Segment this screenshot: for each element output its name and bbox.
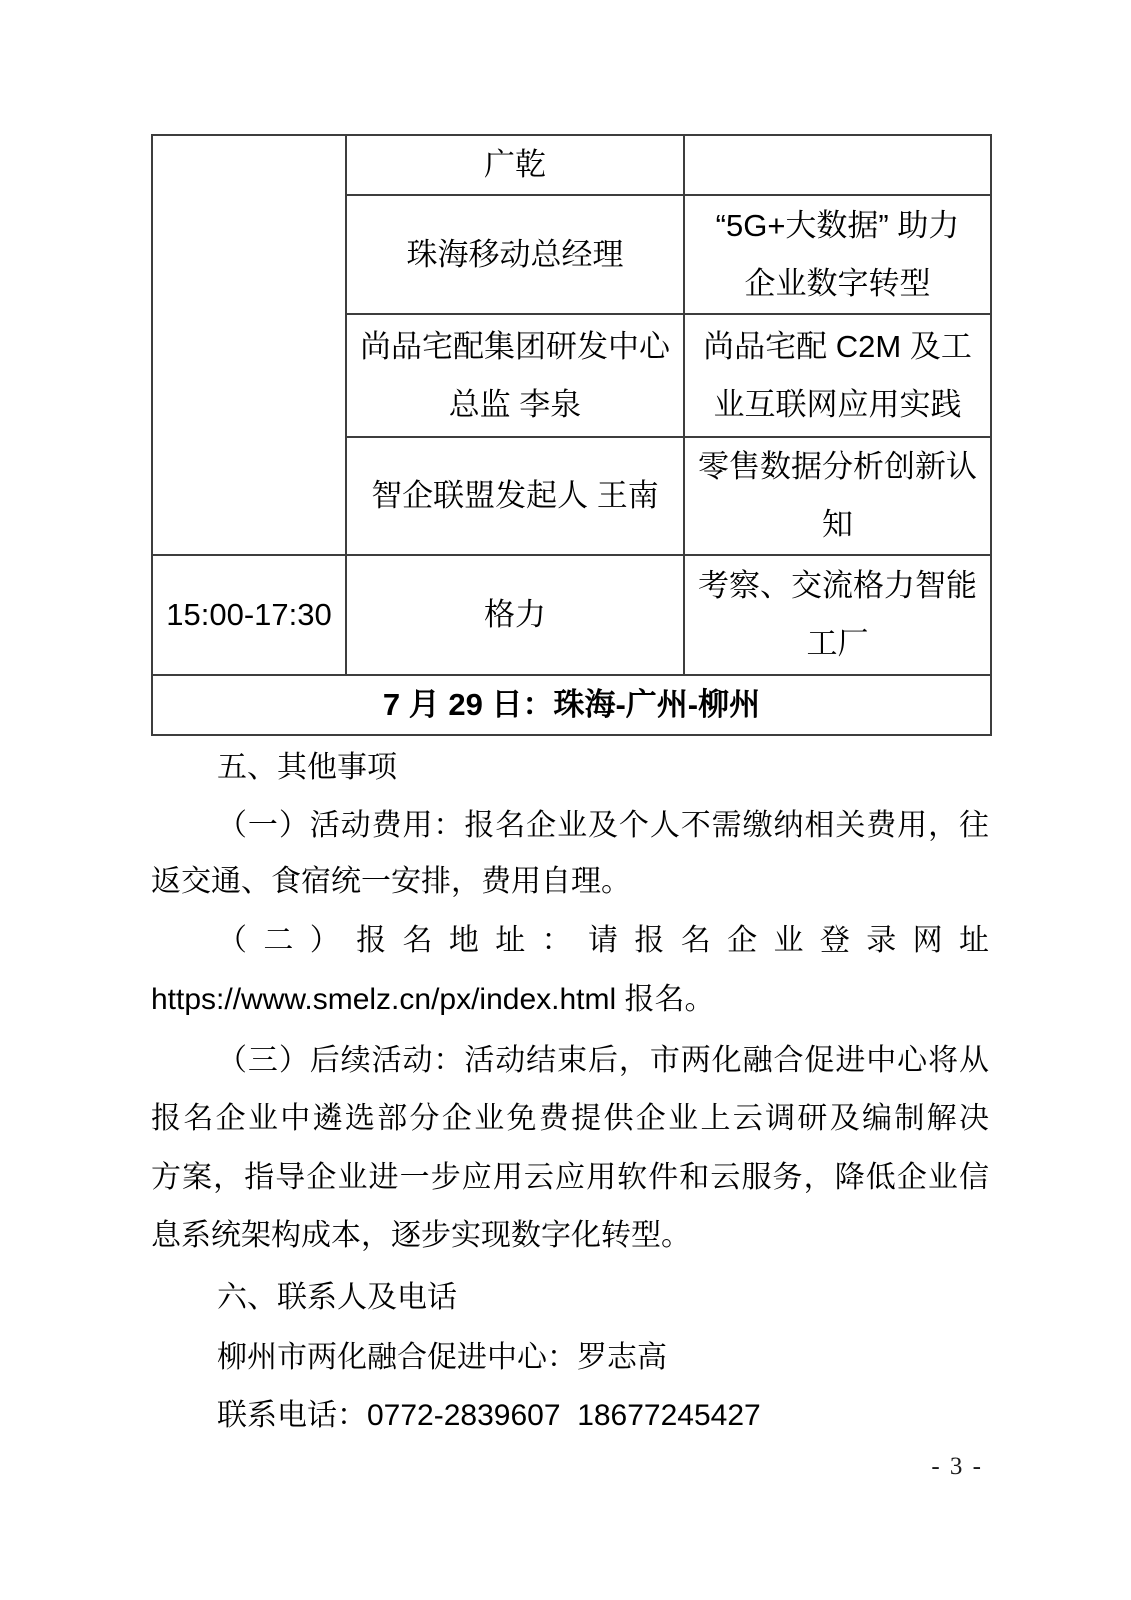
registration-line: （二）报名地址：请报名企业登录网址 bbox=[151, 921, 989, 961]
section5-heading: 五、其他事项 bbox=[151, 748, 989, 788]
schedule-cell-time-merged bbox=[152, 135, 346, 555]
schedule-date-row: 7 月 29 日：珠海-广州-柳州 bbox=[152, 675, 991, 735]
schedule-cell-speaker: 珠海移动总经理 bbox=[346, 195, 684, 314]
registration-url-line: https://www.smelz.cn/px/index.html 报名。 bbox=[151, 980, 989, 1020]
contact-person-line: 柳州市两化融合促进中心：罗志高 bbox=[151, 1338, 989, 1378]
schedule-cell-speaker: 尚品宅配集团研发中心 总监 李泉 bbox=[346, 314, 684, 437]
schedule-row: 广乾 bbox=[152, 135, 991, 195]
schedule-cell-topic: “5G+大数据” 助力 企业数字转型 bbox=[684, 195, 991, 314]
schedule-table: 广乾 珠海移动总经理 “5G+大数据” 助力 企业数字转型 尚品宅配集团研发中心… bbox=[151, 134, 992, 736]
followup-line-1: （三）后续活动：活动结束后，市两化融合促进中心将从 bbox=[151, 1041, 989, 1081]
followup-line-2: 报名企业中遴选部分企业免费提供企业上云调研及编制解决 bbox=[151, 1099, 989, 1139]
schedule-cell-speaker: 格力 bbox=[346, 555, 684, 675]
schedule-row: 15:00-17:30 格力 考察、交流格力智能 工厂 bbox=[152, 555, 991, 675]
schedule-cell-topic: 零售数据分析创新认 知 bbox=[684, 437, 991, 555]
followup-line-3: 方案，指导企业进一步应用云应用软件和云服务，降低企业信 bbox=[151, 1158, 989, 1198]
schedule-cell-speaker: 广乾 bbox=[346, 135, 684, 195]
section6-heading: 六、联系人及电话 bbox=[151, 1278, 989, 1318]
schedule-cell-time: 15:00-17:30 bbox=[152, 555, 346, 675]
page-number: - 3 - bbox=[151, 1452, 983, 1482]
fee-paragraph-line-1: （一）活动费用：报名企业及个人不需缴纳相关费用，往 bbox=[151, 806, 989, 846]
followup-line-4: 息系统架构成本，逐步实现数字化转型。 bbox=[151, 1216, 989, 1256]
document-page: 广乾 珠海移动总经理 “5G+大数据” 助力 企业数字转型 尚品宅配集团研发中心… bbox=[0, 0, 1131, 1600]
contact-phone-line: 联系电话：0772-2839607 18677245427 bbox=[151, 1396, 989, 1436]
fee-paragraph-line-2: 返交通、食宿统一安排，费用自理。 bbox=[151, 862, 989, 902]
schedule-cell-topic bbox=[684, 135, 991, 195]
schedule-date-cell: 7 月 29 日：珠海-广州-柳州 bbox=[152, 675, 991, 735]
schedule-cell-topic: 考察、交流格力智能 工厂 bbox=[684, 555, 991, 675]
schedule-cell-speaker: 智企联盟发起人 王南 bbox=[346, 437, 684, 555]
schedule-cell-topic: 尚品宅配 C2M 及工 业互联网应用实践 bbox=[684, 314, 991, 437]
